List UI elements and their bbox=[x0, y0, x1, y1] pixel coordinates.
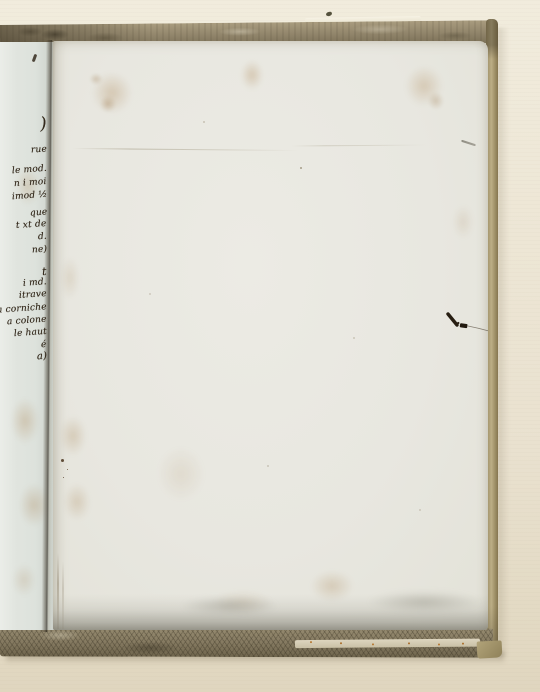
stain bbox=[59, 477, 95, 527]
book-shadow-right bbox=[497, 28, 509, 656]
stain bbox=[449, 199, 477, 245]
wear-blob bbox=[165, 593, 295, 619]
paper-speck bbox=[203, 121, 205, 123]
stain bbox=[237, 55, 267, 95]
cover-bottom-edge bbox=[0, 627, 493, 657]
paper-speck bbox=[267, 465, 269, 467]
stain bbox=[149, 437, 213, 511]
paper-speck bbox=[300, 167, 302, 169]
stitching-dots bbox=[310, 641, 312, 643]
stain bbox=[425, 89, 447, 113]
paper-speck bbox=[353, 337, 355, 339]
handwriting-fragment: a colone bbox=[7, 316, 47, 328]
stain bbox=[55, 409, 91, 463]
handwriting-fragment: imod ½ bbox=[11, 191, 47, 202]
paper-speck bbox=[149, 293, 151, 295]
pencil-mark bbox=[461, 140, 476, 147]
handwriting-fragment: t xt de bbox=[16, 220, 47, 231]
paper-crease bbox=[291, 145, 426, 147]
handwriting-fragment: le mod. bbox=[12, 165, 48, 176]
cover-corner-flap bbox=[477, 640, 503, 658]
main-page bbox=[53, 41, 488, 630]
ink-specks bbox=[61, 459, 64, 462]
paper-crease bbox=[73, 148, 298, 151]
handwriting-fragment: a corniche bbox=[0, 303, 47, 315]
page-block-edge bbox=[295, 639, 480, 648]
paper-speck bbox=[419, 509, 421, 511]
ink-mark bbox=[443, 312, 488, 338]
stain bbox=[87, 71, 105, 87]
stain bbox=[57, 249, 83, 307]
wear-blob bbox=[349, 587, 488, 617]
handwriting-fragment: n i moi bbox=[14, 178, 47, 189]
stain bbox=[97, 93, 119, 115]
handwriting-fragment: le haut bbox=[14, 328, 48, 339]
manuscript-scan: )ruele mod.n i moiimod ½quet xt ded.ne)t… bbox=[0, 0, 540, 692]
